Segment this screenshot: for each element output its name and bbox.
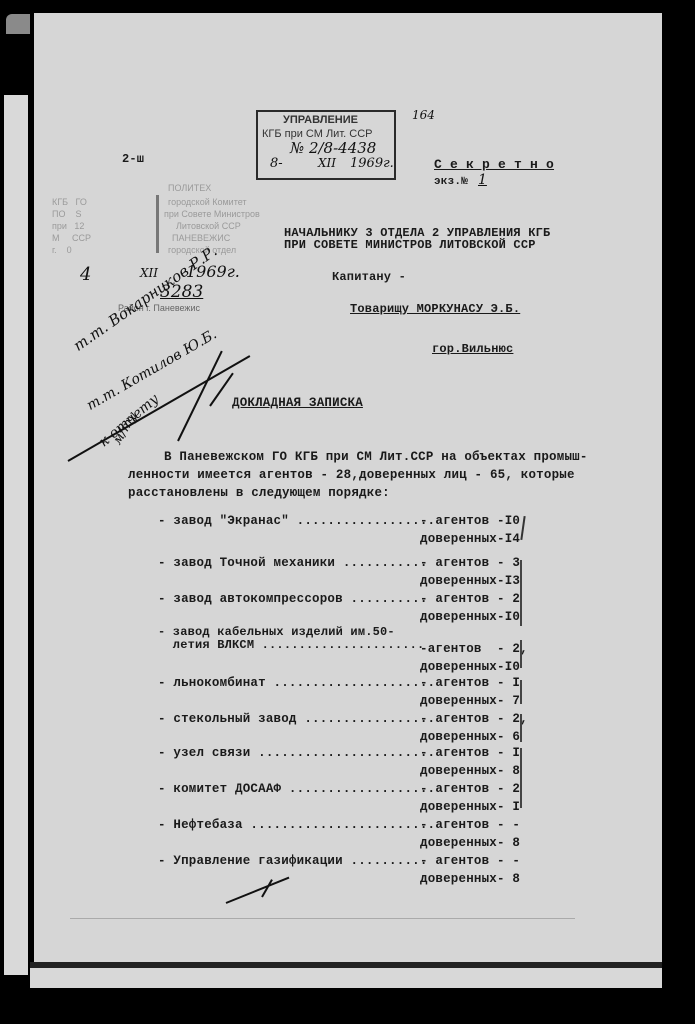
addressee-rank: Капитану - — [332, 270, 406, 284]
object-trusted: доверенных-I4 — [420, 532, 520, 546]
list-item: - Управление газификации .......... - аг… — [158, 854, 530, 872]
addressee-city: гор.Вильнюс — [432, 342, 513, 356]
object-agents: - агентов - I — [420, 746, 520, 760]
object-name: - Управление газификации .......... — [158, 854, 428, 868]
stamp-line-1: УПРАВЛЕНИЕ — [283, 114, 358, 126]
object-name: - льнокомбинат ..................... — [158, 676, 435, 690]
outgoing-stamp-faded-3: Литовской ССР — [176, 220, 241, 232]
list-item: - узел связи ....................... - а… — [158, 746, 530, 764]
list-item: - завод Точной механики ........... - аг… — [158, 556, 530, 574]
list-item: - завод кабельных изделий им.50- летия В… — [158, 626, 530, 644]
addressee-name: Товарищу МОРКУНАСУ Э.Б. — [350, 302, 520, 316]
object-trusted: доверенных-I0 — [420, 610, 520, 624]
addressee-line-2: ПРИ СОВЕТЕ МИНИСТРОВ ЛИТОВСКОЙ ССР — [284, 238, 536, 252]
list-item: - завод автокомпрессоров .......... - аг… — [158, 592, 530, 610]
object-name: - завод автокомпрессоров .......... — [158, 592, 428, 606]
intro-line-1: В Паневежском ГО КГБ при СМ Лит.ССР на о… — [164, 450, 588, 464]
copy-number: 1 — [478, 172, 487, 188]
outgoing-date-month: XII — [140, 266, 158, 280]
outgoing-stamp-faded-0: ПОЛИТЕХ — [168, 182, 211, 194]
list-item: - Нефтебаза ........................ - а… — [158, 818, 530, 836]
object-name: - комитет ДОСААФ ................... — [158, 782, 435, 796]
outgoing-stamp-faded-4: ПАНЕВЕЖИС — [172, 232, 230, 244]
object-trusted: доверенных- 8 — [420, 836, 520, 850]
intro-line-3: расстановлены в следующем порядке: — [128, 486, 390, 500]
object-agents: - агентов - 2 — [420, 592, 520, 606]
object-trusted: доверенных- I — [420, 800, 520, 814]
film-edge — [6, 14, 30, 34]
stamp-divider — [156, 195, 159, 253]
copy-label: экз.№ — [434, 176, 468, 188]
page-bottom-margin — [30, 968, 662, 988]
check-mark — [520, 640, 522, 668]
object-agents: - агентов - I — [420, 676, 520, 690]
stamp-date-day: 8- — [270, 156, 283, 171]
outgoing-stamp-left-faded: КГБ ГО ПО S при 12 М ССР г. 0 — [52, 196, 91, 256]
object-trusted: доверенных- 6 — [420, 730, 520, 744]
object-trusted: доверенных-I3 — [420, 574, 520, 588]
object-name: - завод Точной механики ........... — [158, 556, 428, 570]
object-agents: -агентов - 2, — [420, 642, 528, 656]
check-mark — [520, 560, 522, 626]
list-item: - комитет ДОСААФ ................... - а… — [158, 782, 530, 800]
list-item: - стекольный завод ................. - а… — [158, 712, 530, 730]
document-title: ДОКЛАДНАЯ ЗАПИСКА — [232, 396, 363, 410]
outgoing-date-day: 4 — [80, 264, 91, 285]
object-trusted: доверенных- 8 — [420, 764, 520, 778]
outgoing-stamp-faded-2: при Совете Министров — [164, 208, 260, 220]
object-agents: - агентов - 2, — [420, 712, 528, 726]
check-mark — [520, 680, 522, 704]
stamp-date-year: 1969г. — [350, 156, 394, 171]
object-agents: - агентов -I0 — [420, 514, 520, 528]
inner-sheet-edge — [70, 918, 575, 919]
object-name: - завод кабельных изделий им.50- летия В… — [158, 626, 424, 652]
stamp-reg-number: № 2/8-4438 — [290, 139, 376, 157]
adjacent-page-strip — [4, 95, 28, 975]
object-name: - узел связи ....................... — [158, 746, 435, 760]
object-name: - завод "Экранас" .................. — [158, 514, 435, 528]
object-name: - Нефтебаза ........................ — [158, 818, 435, 832]
check-mark — [520, 714, 522, 742]
classification-label: С е к р е т н о — [434, 157, 554, 172]
object-agents: - агентов - 3 — [420, 556, 520, 570]
object-trusted: доверенных- 7 — [420, 694, 520, 708]
intro-line-2: ленности имеется агентов - 28,доверенных… — [128, 468, 575, 482]
object-trusted: доверенных-I0 — [420, 660, 520, 674]
outgoing-stamp-faded-1: городской Комитет — [168, 196, 247, 208]
object-trusted: доверенных- 8 — [420, 872, 520, 886]
list-item: - завод "Экранас" .................. - а… — [158, 514, 530, 532]
object-name: - стекольный завод ................. — [158, 712, 435, 726]
dept-code: 2-ш — [122, 152, 144, 166]
page-number-handwritten: 164 — [412, 108, 435, 122]
object-agents: - агентов - - — [420, 854, 520, 868]
object-agents: - агентов - - — [420, 818, 520, 832]
list-item: - льнокомбинат ..................... - а… — [158, 676, 530, 694]
object-agents: - агентов - 2 — [420, 782, 520, 796]
stamp-date-month: XII — [318, 156, 336, 170]
check-mark — [520, 748, 522, 808]
